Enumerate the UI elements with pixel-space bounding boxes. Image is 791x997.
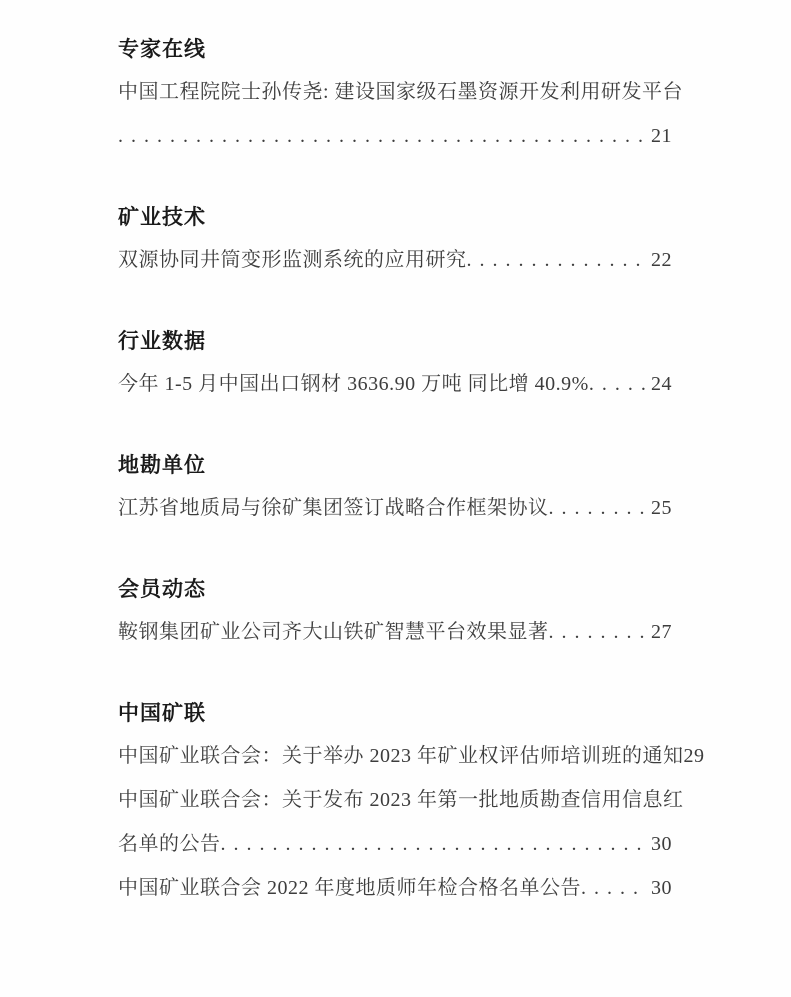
toc-section: 专家在线 中国工程院院士孙传尧: 建设国家级石墨资源开发利用研发平台 . . .… <box>118 26 672 158</box>
section-entries: 今年 1-5 月中国出口钢材 3636.90 万吨 同比增 40.9% . . … <box>118 362 672 406</box>
toc-entry-line[interactable]: 名单的公告 . . . . . . . . . . . . . . . . . … <box>118 822 672 866</box>
section-heading: 行业数据 <box>118 318 672 362</box>
toc-entry-line[interactable]: 中国工程院院士孙传尧: 建设国家级石墨资源开发利用研发平台 <box>118 70 672 114</box>
section-entries: 鞍钢集团矿业公司齐大山铁矿智慧平台效果显著 . . . . . . . . . … <box>118 610 672 654</box>
entry-title: 双源协同井筒变形监测系统的应用研究 <box>118 238 467 282</box>
section-entries: 中国矿业联合会：关于举办 2023 年矿业权评估师培训班的通知 29 中国矿业联… <box>118 734 672 910</box>
entry-title: 中国矿业联合会 2022 年度地质师年检合格名单公告 <box>118 866 581 910</box>
toc-entry-line[interactable]: 中国矿业联合会 2022 年度地质师年检合格名单公告 . . . . . . .… <box>118 866 672 910</box>
section-heading: 矿业技术 <box>118 194 672 238</box>
toc-section: 地勘单位 江苏省地质局与徐矿集团签订战略合作框架协议 . . . . . . .… <box>118 442 672 530</box>
entry-title: 名单的公告 <box>118 822 221 866</box>
section-entries: 中国工程院院士孙传尧: 建设国家级石墨资源开发利用研发平台 . . . . . … <box>118 70 672 158</box>
entry-title: 今年 1-5 月中国出口钢材 3636.90 万吨 同比增 40.9% <box>118 362 589 406</box>
toc-entry-line[interactable]: . . . . . . . . . . . . . . . . . . . . … <box>118 114 672 158</box>
toc-section: 中国矿联 中国矿业联合会：关于举办 2023 年矿业权评估师培训班的通知 29 … <box>118 690 672 910</box>
toc-entry-line[interactable]: 今年 1-5 月中国出口钢材 3636.90 万吨 同比增 40.9% . . … <box>118 362 672 406</box>
page-number: 21 <box>651 114 672 158</box>
toc-entry-line[interactable]: 双源协同井筒变形监测系统的应用研究 . . . . . . . . . . . … <box>118 238 672 282</box>
dot-leader: . . . . . . . . . . . . . . . . . . . . … <box>221 822 646 866</box>
page-number: 29 <box>684 734 705 778</box>
entry-title: 中国工程院院士孙传尧: 建设国家级石墨资源开发利用研发平台 <box>118 70 683 114</box>
section-heading: 中国矿联 <box>118 690 672 734</box>
page-number: 22 <box>651 238 672 282</box>
dot-leader: . . . . . . . . . . . . . . . . . . . . … <box>589 362 645 406</box>
page-number: 25 <box>651 486 672 530</box>
dot-leader: . . . . . . . . . . . . . . . . . . . . … <box>467 238 646 282</box>
entry-title: 江苏省地质局与徐矿集团签订战略合作框架协议 <box>118 486 549 530</box>
page-number: 24 <box>651 362 672 406</box>
section-heading: 会员动态 <box>118 566 672 610</box>
dot-leader: . . . . . . . . . . . . . . . . . . . . … <box>549 486 646 530</box>
entry-title: 鞍钢集团矿业公司齐大山铁矿智慧平台效果显著 <box>118 610 549 654</box>
toc-entry-line[interactable]: 鞍钢集团矿业公司齐大山铁矿智慧平台效果显著 . . . . . . . . . … <box>118 610 672 654</box>
page-number: 30 <box>651 822 672 866</box>
section-entries: 双源协同井筒变形监测系统的应用研究 . . . . . . . . . . . … <box>118 238 672 282</box>
dot-leader: . . . . . . . . . . . . . . . . . . . . … <box>549 610 646 654</box>
section-heading: 地勘单位 <box>118 442 672 486</box>
toc-entry-line[interactable]: 江苏省地质局与徐矿集团签订战略合作框架协议 . . . . . . . . . … <box>118 486 672 530</box>
toc-page: 专家在线 中国工程院院士孙传尧: 建设国家级石墨资源开发利用研发平台 . . .… <box>0 0 791 997</box>
toc-section: 行业数据 今年 1-5 月中国出口钢材 3636.90 万吨 同比增 40.9%… <box>118 318 672 406</box>
toc-section: 会员动态 鞍钢集团矿业公司齐大山铁矿智慧平台效果显著 . . . . . . .… <box>118 566 672 654</box>
toc-section: 矿业技术 双源协同井筒变形监测系统的应用研究 . . . . . . . . .… <box>118 194 672 282</box>
dot-leader: . . . . . . . . . . . . . . . . . . . . … <box>118 114 645 158</box>
dot-leader: . . . . . . . . . . . . . . . . . . . . … <box>581 866 645 910</box>
page-number: 30 <box>651 866 672 910</box>
page-number: 27 <box>651 610 672 654</box>
toc-entry-line[interactable]: 中国矿业联合会：关于举办 2023 年矿业权评估师培训班的通知 29 <box>118 734 672 778</box>
entry-title: 中国矿业联合会：关于举办 2023 年矿业权评估师培训班的通知 <box>118 734 684 778</box>
toc-sections-container: 专家在线 中国工程院院士孙传尧: 建设国家级石墨资源开发利用研发平台 . . .… <box>118 26 672 910</box>
toc-entry-line[interactable]: 中国矿业联合会：关于发布 2023 年第一批地质勘查信用信息红 <box>118 778 672 822</box>
entry-title: 中国矿业联合会：关于发布 2023 年第一批地质勘查信用信息红 <box>118 778 684 822</box>
section-entries: 江苏省地质局与徐矿集团签订战略合作框架协议 . . . . . . . . . … <box>118 486 672 530</box>
section-heading: 专家在线 <box>118 26 672 70</box>
